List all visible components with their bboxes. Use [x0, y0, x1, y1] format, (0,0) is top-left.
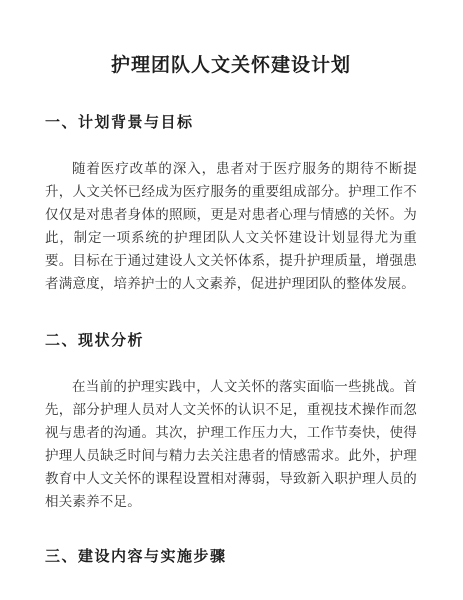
document-title: 护理团队人文关怀建设计划 [45, 0, 417, 80]
section-heading-background-goals: 一、计划背景与目标 [45, 112, 417, 132]
section-heading-construction-steps: 三、建设内容与实施步骤 [45, 546, 417, 566]
section-paragraph-status-analysis: 在当前的护理实践中，人文关怀的落实面临一些挑战。首先，部分护理人员对人文关怀的认… [45, 376, 417, 514]
section-paragraph-background-goals: 随着医疗改革的深入，患者对于医疗服务的期待不断提升，人文关怀已经成为医疗服务的重… [45, 158, 417, 296]
document-page: 护理团队人文关怀建设计划 一、计划背景与目标 随着医疗改革的深入，患者对于医疗服… [0, 0, 463, 600]
section-heading-status-analysis: 二、现状分析 [45, 330, 417, 350]
